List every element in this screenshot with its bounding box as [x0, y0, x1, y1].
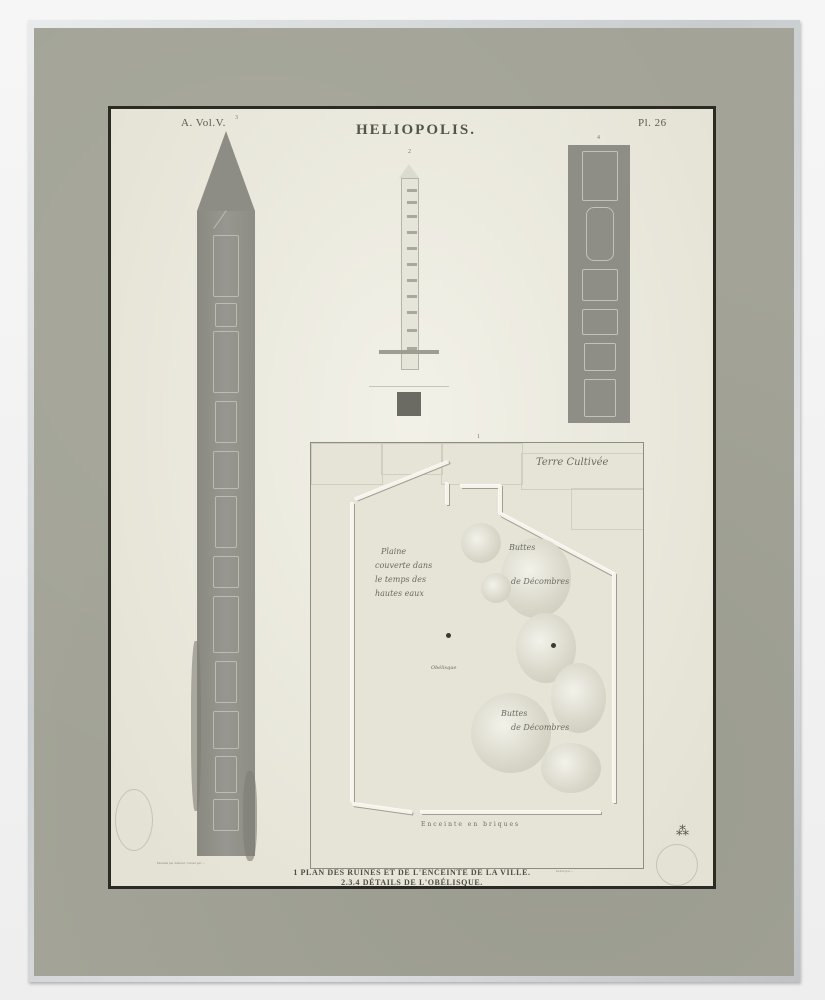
- map-label: Buttes: [501, 709, 527, 718]
- engraving-paper: A. Vol.V. HELIOPOLIS. Pl. 26 3 2 4 1: [111, 109, 713, 886]
- obelisk-base: [397, 392, 421, 416]
- hieroglyph-detail-panel: [568, 145, 630, 423]
- figure-number: 1: [477, 434, 480, 440]
- map-label: couverte dans: [375, 561, 432, 570]
- obelisk-shaft: [197, 211, 255, 856]
- obelisk-pyramidion: [197, 131, 255, 211]
- cartouche-icon: [586, 207, 614, 261]
- map-label: hautes eaux: [375, 589, 424, 598]
- map-label: Plaine: [381, 547, 406, 556]
- blind-stamp-icon: [115, 789, 153, 851]
- map-label: Terre Cultivée: [536, 457, 608, 468]
- signature-mark: ⁂: [676, 824, 689, 839]
- figure-number: 3: [235, 115, 238, 121]
- city-ruins-plan: Terre Cultivée Plaine couverte dans le t…: [310, 442, 644, 869]
- map-label: Enceinte en briques: [421, 821, 520, 828]
- blind-stamp-icon: [656, 844, 698, 886]
- plate-title: HELIOPOLIS.: [356, 122, 476, 139]
- plate-number: Pl. 26: [638, 117, 667, 129]
- cartouche-icon: [213, 596, 239, 653]
- map-label: de Décombres: [511, 723, 569, 732]
- map-label: le temps des: [375, 575, 426, 584]
- figure-number: 2: [408, 149, 411, 155]
- map-label: Obélisque: [431, 665, 456, 671]
- large-obelisk: [197, 131, 255, 856]
- water-level-band: [379, 350, 439, 354]
- ground-line: [369, 386, 449, 387]
- map-label: de Décombres: [511, 577, 569, 586]
- caption-line-2: 2.3.4 DÉTAILS DE L'OBÉLISQUE.: [111, 878, 713, 886]
- obelisk-elevation: [399, 164, 419, 419]
- obelisk-marker-icon: [446, 633, 451, 638]
- engraver-credit-right: Gravé par ...: [556, 869, 646, 874]
- volume-label: A. Vol.V.: [181, 117, 226, 129]
- cartouche-icon: [213, 235, 239, 297]
- map-label: Buttes: [509, 543, 535, 552]
- engraver-credit-left: Dessiné par Jomard / Gravé par ...: [157, 861, 267, 866]
- marker-icon: [551, 643, 556, 648]
- cartouche-icon: [213, 331, 239, 393]
- figure-number: 4: [597, 135, 600, 141]
